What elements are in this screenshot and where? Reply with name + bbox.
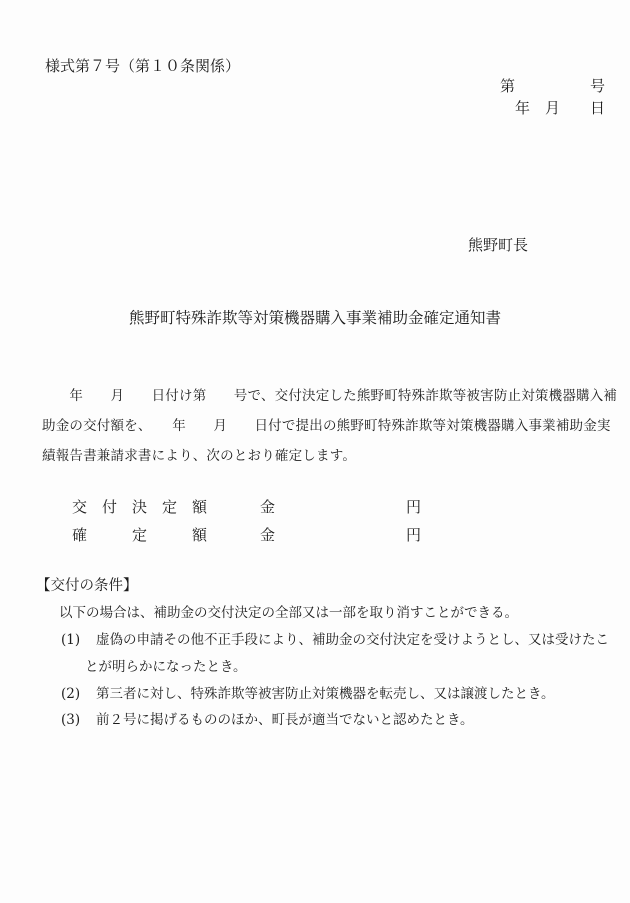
condition-item-text: 前２号に掲げるもののほか、町長が適当でないと認めたとき。 <box>96 713 473 729</box>
condition-item-1-continuation: とが明らかになったとき。 <box>85 660 246 676</box>
form-label: 様式第７号（第１０条関係） <box>45 58 240 75</box>
amount-suffix: 円 <box>406 527 421 544</box>
document-page: 様式第７号（第１０条関係） 第 号 年 月 日 熊野町長 熊野町特殊詐欺等対策機… <box>0 0 630 903</box>
amount-row-grant-decision: 交 付 決 定 額 金 円 <box>0 499 630 519</box>
amount-row-confirmed: 確 定 額 金 円 <box>0 527 630 547</box>
amount-suffix: 円 <box>406 499 421 516</box>
condition-item-number: (2) <box>61 687 80 703</box>
conditions-intro: 以下の場合は、補助金の交付決定の全部又は一部を取り消すことができる。 <box>59 606 518 622</box>
condition-item-text: 虚偽の申請その他不正手段により、補助金の交付決定を受けようとし、又は受けたこ <box>96 633 609 649</box>
body-paragraph-line: 助金の交付額を、 年 月 日付で提出の熊野町特殊詐欺等対策機器購入事業補助金実 <box>42 419 611 435</box>
condition-item-3: (3) 前２号に掲げるもののほか、町長が適当でないと認めたとき。 <box>0 713 630 731</box>
condition-item-1: (1) 虚偽の申請その他不正手段により、補助金の交付決定を受けようとし、又は受け… <box>0 633 630 651</box>
amount-label: 確 定 額 <box>72 527 207 544</box>
body-paragraph-line: 年 月 日付け第 号で、交付決定した熊野町特殊詐欺等被害防止対策機器購入補 <box>42 389 617 405</box>
condition-item-number: (1) <box>61 633 80 649</box>
amount-prefix: 金 <box>260 499 275 516</box>
condition-item-number: (3) <box>61 713 80 729</box>
document-number-line: 第 号 <box>500 78 605 95</box>
document-title: 熊野町特殊詐欺等対策機器購入事業補助金確定通知書 <box>0 310 630 328</box>
condition-item-text: 第三者に対し、特殊詐欺等被害防止対策機器を転売し、又は譲渡したとき。 <box>96 687 554 703</box>
body-paragraph-line: 績報告書兼請求書により、次のとおり確定します。 <box>42 449 356 465</box>
addressee-mayor: 熊野町長 <box>468 237 528 254</box>
document-date-line: 年 月 日 <box>515 100 605 117</box>
condition-item-2: (2) 第三者に対し、特殊詐欺等被害防止対策機器を転売し、又は譲渡したとき。 <box>0 687 630 705</box>
conditions-heading: 【交付の条件】 <box>36 578 138 595</box>
amount-prefix: 金 <box>260 527 275 544</box>
amount-label: 交 付 決 定 額 <box>72 499 207 516</box>
